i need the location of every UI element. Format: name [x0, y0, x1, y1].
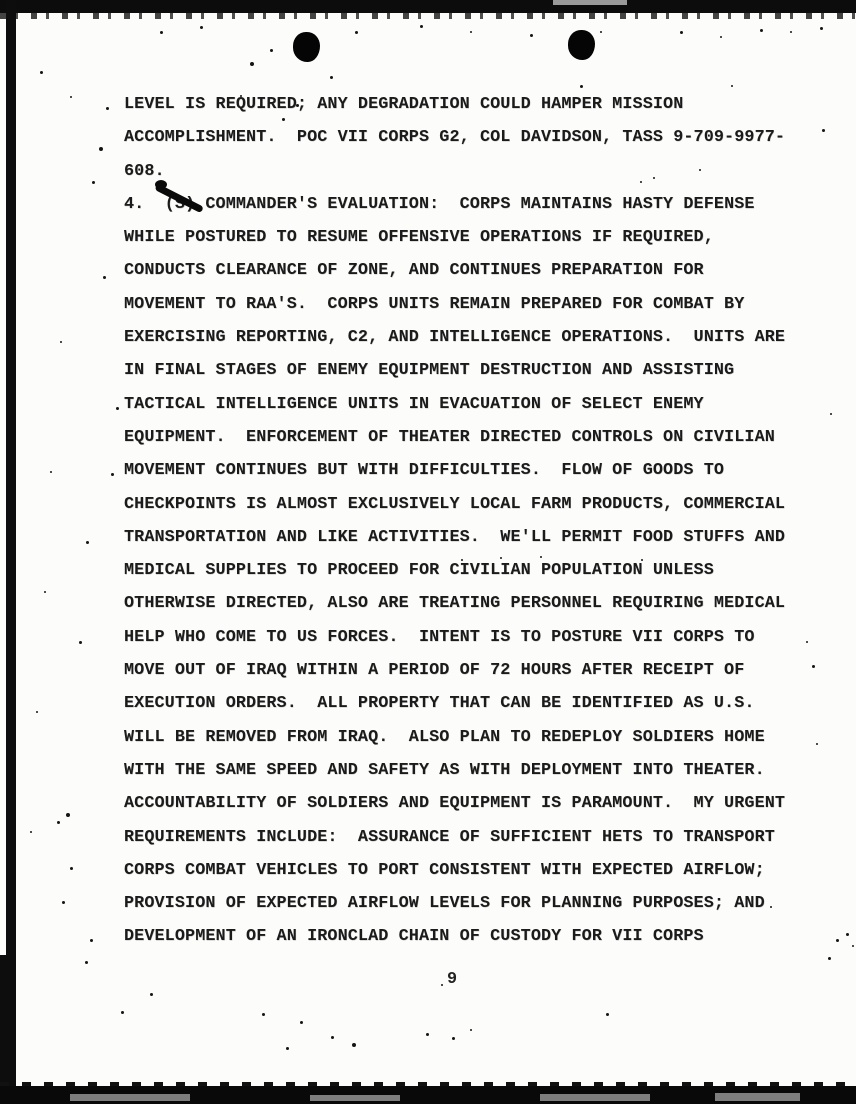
speck — [300, 1021, 303, 1024]
speck — [355, 31, 358, 34]
speck — [200, 26, 203, 29]
speck — [600, 31, 602, 33]
speck — [66, 813, 70, 817]
speck — [640, 181, 642, 183]
text-segment: LEVEL IS REQUIRED; ANY DEGRADATION COULD… — [124, 95, 683, 114]
speck — [806, 641, 808, 643]
speck — [36, 711, 38, 713]
speck — [121, 1011, 124, 1014]
text-line: WITH THE SAME SPEED AND SAFETY AS WITH D… — [124, 754, 814, 787]
speck — [111, 473, 114, 476]
speck — [60, 341, 62, 343]
text-line: REQUIREMENTS INCLUDE: ASSURANCE OF SUFFI… — [124, 821, 814, 854]
text-segment: REQUIREMENTS INCLUDE: ASSURANCE OF SUFFI… — [124, 828, 775, 847]
speck — [540, 556, 542, 558]
speck — [846, 933, 849, 936]
text-line: 4. (S) COMMANDER'S EVALUATION: CORPS MAI… — [124, 188, 814, 221]
speck — [452, 1037, 455, 1040]
speck — [852, 945, 854, 947]
text-segment: HELP WHO COME TO US FORCES. INTENT IS TO… — [124, 628, 755, 647]
speck — [57, 821, 60, 824]
speck — [420, 25, 423, 28]
speck — [103, 276, 106, 279]
text-line: WHILE POSTURED TO RESUME OFFENSIVE OPERA… — [124, 221, 814, 254]
speck — [286, 1047, 289, 1050]
speck — [282, 118, 285, 121]
speck — [270, 49, 273, 52]
text-segment: 608. — [124, 162, 165, 181]
text-segment: PROVISION OF EXPECTED AIRFLOW LEVELS FOR… — [124, 894, 765, 913]
text-line: LEVEL IS REQUIRED; ANY DEGRADATION COULD… — [124, 88, 814, 121]
text-line: ACCOUNTABILITY OF SOLDIERS AND EQUIPMENT… — [124, 787, 814, 820]
text-segment: WILL BE REMOVED FROM IRAQ. ALSO PLAN TO … — [124, 728, 765, 747]
speck — [86, 541, 89, 544]
text-line: MOVE OUT OF IRAQ WITHIN A PERIOD OF 72 H… — [124, 654, 814, 687]
text-segment: OTHERWISE DIRECTED, ALSO ARE TREATING PE… — [124, 594, 785, 613]
speck — [79, 641, 82, 644]
scan-edge-bottom-gray-patch — [310, 1095, 400, 1101]
speck — [331, 1036, 334, 1039]
speck — [606, 1013, 609, 1016]
text-line: HELP WHO COME TO US FORCES. INTENT IS TO… — [124, 621, 814, 654]
speck — [296, 104, 299, 107]
speck — [461, 559, 463, 561]
speck — [680, 31, 683, 34]
text-line: 608. — [124, 155, 814, 188]
speck — [99, 147, 103, 151]
text-segment: MOVE OUT OF IRAQ WITHIN A PERIOD OF 72 H… — [124, 661, 744, 680]
speck — [85, 961, 88, 964]
hole-punch-left — [293, 32, 320, 62]
speck — [580, 85, 583, 88]
text-line: EQUIPMENT. ENFORCEMENT OF THEATER DIRECT… — [124, 421, 814, 454]
text-segment: TRANSPORTATION AND LIKE ACTIVITIES. WE'L… — [124, 528, 785, 547]
text-line: WILL BE REMOVED FROM IRAQ. ALSO PLAN TO … — [124, 721, 814, 754]
speck — [470, 1029, 472, 1031]
speck — [822, 129, 825, 132]
scan-edge-left — [6, 0, 16, 1104]
speck — [836, 939, 839, 942]
text-segment: WITH THE SAME SPEED AND SAFETY AS WITH D… — [124, 761, 765, 780]
text-line: DEVELOPMENT OF AN IRONCLAD CHAIN OF CUST… — [124, 920, 814, 953]
text-line: EXERCISING REPORTING, C2, AND INTELLIGEN… — [124, 321, 814, 354]
scan-edge-top-gray-patch — [553, 0, 627, 5]
speck — [828, 957, 831, 960]
text-segment: MOVEMENT TO RAA'S. CORPS UNITS REMAIN PR… — [124, 295, 744, 314]
text-segment: WHILE POSTURED TO RESUME OFFENSIVE OPERA… — [124, 228, 714, 247]
text-segment: EXECUTION ORDERS. ALL PROPERTY THAT CAN … — [124, 694, 755, 713]
text-segment: MOVEMENT CONTINUES BUT WITH DIFFICULTIES… — [124, 461, 724, 480]
speck — [44, 591, 46, 593]
speck — [530, 34, 533, 37]
text-line: CORPS COMBAT VEHICLES TO PORT CONSISTENT… — [124, 854, 814, 887]
speck — [720, 36, 722, 38]
text-segment: DEVELOPMENT OF AN IRONCLAD CHAIN OF CUST… — [124, 927, 704, 946]
speck — [820, 27, 823, 30]
speck — [641, 559, 643, 561]
speck — [790, 31, 792, 33]
text-segment: COMMANDER'S EVALUATION: CORPS MAINTAINS … — [195, 195, 754, 214]
scan-edge-bottom-gray-patch — [715, 1093, 800, 1101]
speck — [426, 1033, 429, 1036]
speck — [760, 29, 763, 32]
text-line: MOVEMENT CONTINUES BUT WITH DIFFICULTIES… — [124, 454, 814, 487]
text-segment: ACCOMPLISHMENT. POC VII CORPS G2, COL DA… — [124, 128, 785, 147]
speck — [816, 743, 818, 745]
speck — [470, 31, 472, 33]
speck — [106, 107, 109, 110]
speck — [40, 71, 43, 74]
scan-edge-top — [0, 0, 856, 13]
text-line: ACCOMPLISHMENT. POC VII CORPS G2, COL DA… — [124, 121, 814, 154]
speck — [250, 62, 254, 66]
document-body: LEVEL IS REQUIRED; ANY DEGRADATION COULD… — [124, 88, 814, 954]
text-line: PROVISION OF EXPECTED AIRFLOW LEVELS FOR… — [124, 887, 814, 920]
speck — [50, 471, 52, 473]
speck — [240, 95, 242, 97]
speck — [160, 31, 163, 34]
text-line: MOVEMENT TO RAA'S. CORPS UNITS REMAIN PR… — [124, 288, 814, 321]
text-line: CHECKPOINTS IS ALMOST EXCLUSIVELY LOCAL … — [124, 488, 814, 521]
speck — [812, 665, 815, 668]
speck — [352, 1043, 356, 1047]
text-line: CONDUCTS CLEARANCE OF ZONE, AND CONTINUE… — [124, 254, 814, 287]
speck — [90, 939, 93, 942]
speck — [770, 906, 772, 908]
text-line: MEDICAL SUPPLIES TO PROCEED FOR CIVILIAN… — [124, 554, 814, 587]
speck — [70, 867, 73, 870]
speck — [62, 901, 65, 904]
speck — [330, 76, 333, 79]
speck — [441, 984, 443, 986]
text-segment: CORPS COMBAT VEHICLES TO PORT CONSISTENT… — [124, 861, 765, 880]
text-segment: CHECKPOINTS IS ALMOST EXCLUSIVELY LOCAL … — [124, 495, 785, 514]
speck — [500, 557, 502, 559]
text-segment: MEDICAL SUPPLIES TO PROCEED FOR CIVILIAN… — [124, 561, 714, 580]
struck-classification-mark: (S) — [165, 188, 196, 221]
text-line: TACTICAL INTELLIGENCE UNITS IN EVACUATIO… — [124, 388, 814, 421]
text-segment: TACTICAL INTELLIGENCE UNITS IN EVACUATIO… — [124, 395, 704, 414]
text-line: EXECUTION ORDERS. ALL PROPERTY THAT CAN … — [124, 687, 814, 720]
hole-punch-right — [568, 30, 595, 60]
scan-edge-bottom-gray-patch — [540, 1094, 650, 1101]
text-line: OTHERWISE DIRECTED, ALSO ARE TREATING PE… — [124, 587, 814, 620]
speck — [653, 177, 655, 179]
text-segment: EQUIPMENT. ENFORCEMENT OF THEATER DIRECT… — [124, 428, 775, 447]
text-line: IN FINAL STAGES OF ENEMY EQUIPMENT DESTR… — [124, 354, 814, 387]
speck — [699, 169, 701, 171]
speck — [116, 407, 119, 410]
text-segment: EXERCISING REPORTING, C2, AND INTELLIGEN… — [124, 328, 785, 347]
speck — [30, 831, 32, 833]
text-segment: ACCOUNTABILITY OF SOLDIERS AND EQUIPMENT… — [124, 794, 785, 813]
speck — [262, 1013, 265, 1016]
text-segment: CONDUCTS CLEARANCE OF ZONE, AND CONTINUE… — [124, 261, 704, 280]
speck — [70, 96, 72, 98]
speck — [150, 993, 153, 996]
scan-edge-bottom-gray-patch — [70, 1094, 190, 1101]
text-segment: IN FINAL STAGES OF ENEMY EQUIPMENT DESTR… — [124, 361, 734, 380]
speck — [731, 85, 733, 87]
scanned-page: LEVEL IS REQUIRED; ANY DEGRADATION COULD… — [0, 0, 856, 1104]
speck — [92, 181, 95, 184]
speck — [830, 413, 832, 415]
page-number: 9 — [447, 972, 457, 989]
text-line: TRANSPORTATION AND LIKE ACTIVITIES. WE'L… — [124, 521, 814, 554]
text-segment: 4. — [124, 195, 165, 214]
